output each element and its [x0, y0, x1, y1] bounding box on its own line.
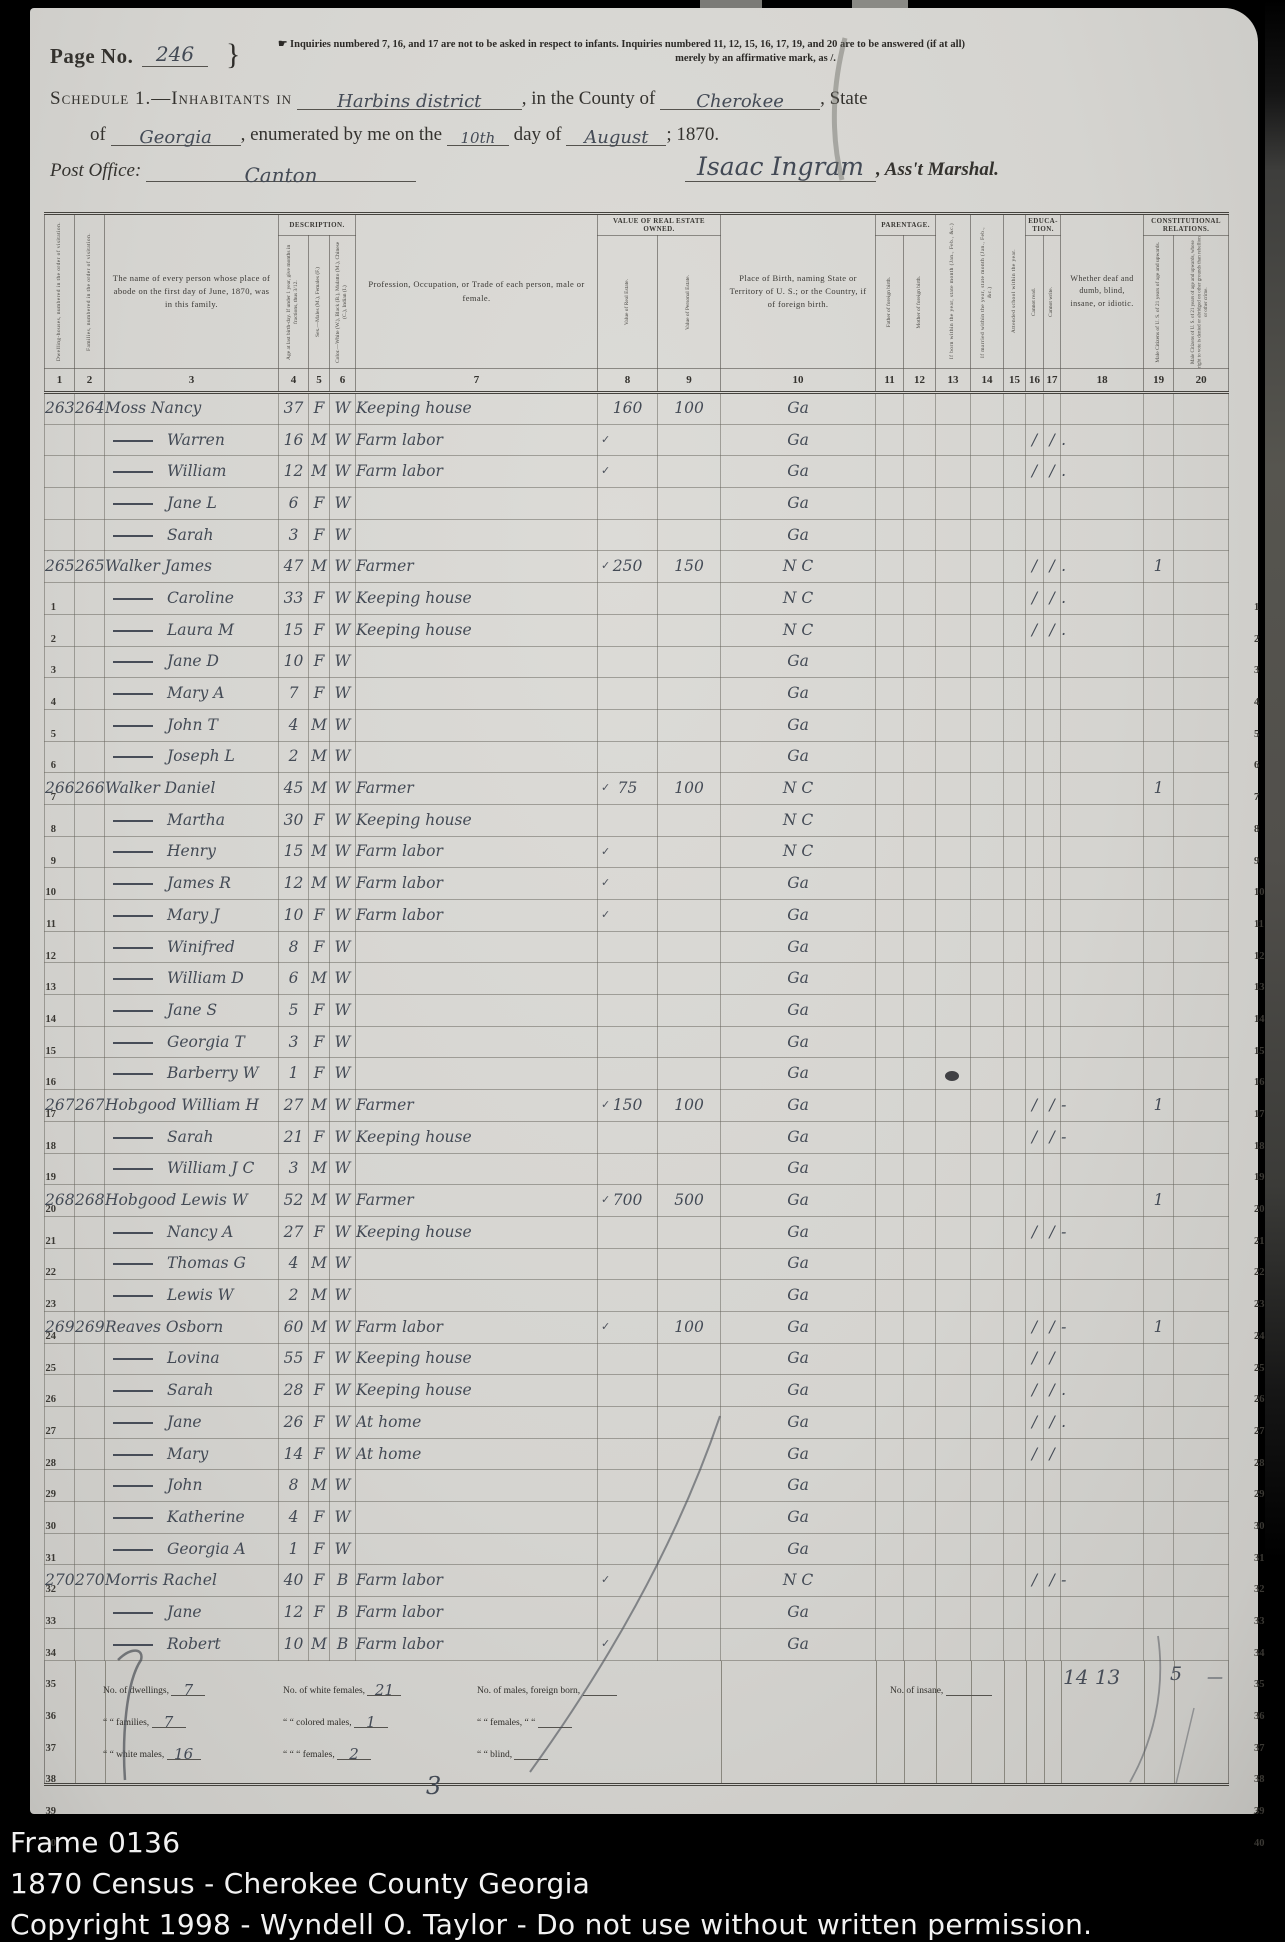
entry: 267 — [75, 1096, 105, 1114]
cell-col20 — [1174, 614, 1229, 646]
cell-col18: . — [1061, 424, 1144, 456]
name-entry: Hobgood William H — [105, 1096, 259, 1114]
entry: B — [337, 1603, 348, 1621]
row-number: 40 — [1254, 1828, 1278, 1860]
cell-col9 — [658, 1502, 721, 1534]
entry: 1 — [1154, 1318, 1164, 1336]
cell-col19 — [1144, 488, 1174, 520]
entry: F — [314, 526, 325, 544]
entry: 265 — [75, 557, 105, 575]
cell-col4: 10 — [279, 1628, 309, 1660]
entry: / — [1049, 431, 1054, 449]
entry: Ga — [787, 969, 809, 987]
cell-col12 — [904, 804, 936, 836]
cell-col17 — [1044, 1185, 1061, 1217]
row-number: 16 — [1254, 1067, 1278, 1099]
cell-col19 — [1144, 1533, 1174, 1565]
cell-col8: ✓ — [598, 456, 658, 488]
summary-cell: No. of dwellings, 7 “ “ families, 7 “ “ … — [45, 1660, 1229, 1784]
cell-col6: W — [330, 1153, 356, 1185]
entry: / — [1032, 1096, 1037, 1114]
cell-col6: W — [330, 1248, 356, 1280]
cell-col19 — [1144, 995, 1174, 1027]
cell-col14 — [971, 1502, 1004, 1534]
entry: W — [335, 431, 351, 449]
cell-col11 — [876, 931, 904, 963]
cell-col9 — [658, 1280, 721, 1312]
cell-col20 — [1174, 741, 1229, 773]
cell-col5: F — [309, 1438, 330, 1470]
cell-col4: 4 — [279, 1248, 309, 1280]
cell-col16 — [1026, 1628, 1044, 1660]
name-entry: Walker Daniel — [105, 779, 215, 797]
cell-col18 — [1061, 678, 1144, 710]
cell-col12 — [904, 1153, 936, 1185]
cell-col13 — [936, 646, 971, 678]
entry: At home — [356, 1445, 421, 1463]
cell-col7 — [356, 931, 598, 963]
cell-col7: Keeping house — [356, 1375, 598, 1407]
cell-col12 — [904, 1343, 936, 1375]
cell-col6: W — [330, 836, 356, 868]
caption-title: 1870 Census - Cherokee County Georgia — [10, 1863, 1092, 1904]
entry: N C — [783, 779, 813, 797]
entry: 1 — [289, 1540, 299, 1558]
cell-col5: F — [309, 1058, 330, 1090]
cell-col12 — [904, 1375, 936, 1407]
cell-col12 — [904, 709, 936, 741]
entry: M — [311, 1635, 327, 1653]
cell-col8 — [598, 614, 658, 646]
cell-col19 — [1144, 931, 1174, 963]
cell-col14 — [971, 678, 1004, 710]
cell-col17 — [1044, 1470, 1061, 1502]
cell-col7 — [356, 741, 598, 773]
cell-col17 — [1044, 1058, 1061, 1090]
entry: N C — [783, 589, 813, 607]
cell-col17: / — [1044, 1565, 1061, 1597]
column-number: 1 — [45, 369, 75, 393]
row-number: 5 — [32, 719, 56, 751]
census-row: Georgia T3FWGa — [45, 1026, 1229, 1058]
entry: 100 — [674, 779, 704, 797]
entry: 47 — [284, 557, 304, 575]
cell-col6: W — [330, 931, 356, 963]
entry: 30 — [284, 811, 304, 829]
cell-col6: W — [330, 519, 356, 551]
cell-col5: F — [309, 1533, 330, 1565]
entry: W — [335, 1191, 351, 1209]
cell-col2 — [75, 424, 105, 456]
cell-col10: Ga — [721, 1375, 876, 1407]
cell-col18: . — [1061, 1375, 1144, 1407]
row-number: 14 — [1254, 1004, 1278, 1036]
cell-col12 — [904, 1216, 936, 1248]
brace-glyph: } — [226, 38, 240, 72]
entry: Ga — [787, 1349, 809, 1367]
cell-col8 — [598, 1121, 658, 1153]
row-number: 13 — [32, 972, 56, 1004]
entry: F — [314, 938, 325, 956]
header-male-citizens-denied: Male Citizens of U. S. of 21 years of ag… — [1174, 236, 1229, 369]
caption-frame: Frame 0136 — [10, 1822, 1092, 1863]
cell-col3: John — [105, 1470, 279, 1502]
name-entry: Katherine — [167, 1508, 245, 1526]
entry: F — [314, 1540, 325, 1558]
group-header-constitutional: CONSTITUTIONAL RELATIONS. — [1144, 214, 1229, 236]
cell-col17 — [1044, 804, 1061, 836]
row-number: 24 — [32, 1321, 56, 1353]
cell-col5: M — [309, 1280, 330, 1312]
column-number: 15 — [1004, 369, 1026, 393]
cell-col17 — [1044, 1153, 1061, 1185]
cell-col4: 12 — [279, 868, 309, 900]
cell-col6: W — [330, 741, 356, 773]
cell-col20 — [1174, 1248, 1229, 1280]
cell-col17 — [1044, 995, 1061, 1027]
cell-col8 — [598, 583, 658, 615]
entry: - — [1061, 1096, 1066, 1114]
entry: Ga — [787, 1191, 809, 1209]
cell-col11 — [876, 963, 904, 995]
cell-col19 — [1144, 836, 1174, 868]
cell-col1 — [45, 488, 75, 520]
cell-col11 — [876, 1185, 904, 1217]
column-number: 11 — [876, 369, 904, 393]
entry: 7 — [289, 684, 299, 702]
column-number: 19 — [1144, 369, 1174, 393]
cell-col11 — [876, 868, 904, 900]
cell-col20 — [1174, 1090, 1229, 1122]
cell-col19: 1 — [1144, 1185, 1174, 1217]
name-entry: Caroline — [167, 589, 234, 607]
cell-col5: M — [309, 1153, 330, 1185]
census-row: Thomas G4MWGa — [45, 1248, 1229, 1280]
cell-col13 — [936, 868, 971, 900]
cell-col11 — [876, 646, 904, 678]
row-number: 37 — [1254, 1733, 1278, 1765]
cell-col2 — [75, 1026, 105, 1058]
cell-col20 — [1174, 1280, 1229, 1312]
cell-col12 — [904, 1628, 936, 1660]
cell-col15 — [1004, 1628, 1026, 1660]
cell-col13 — [936, 804, 971, 836]
cell-col19 — [1144, 1216, 1174, 1248]
cell-col11 — [876, 709, 904, 741]
cell-col6: W — [330, 1375, 356, 1407]
cell-col17 — [1044, 931, 1061, 963]
cell-col10: Ga — [721, 1058, 876, 1090]
row-number: 35 — [32, 1669, 56, 1701]
ditto-dash — [113, 1479, 153, 1487]
cell-col6: W — [330, 583, 356, 615]
cell-col18 — [1061, 1438, 1144, 1470]
cell-col20 — [1174, 1375, 1229, 1407]
cell-col15 — [1004, 1090, 1026, 1122]
cell-col17 — [1044, 900, 1061, 932]
cell-col16 — [1026, 519, 1044, 551]
cell-col16 — [1026, 678, 1044, 710]
cell-col8: ✓ — [598, 424, 658, 456]
cell-col19 — [1144, 1248, 1174, 1280]
day-value: 10th — [460, 129, 495, 147]
census-row: Jane12FBFarm laborGa — [45, 1597, 1229, 1629]
cell-col10: Ga — [721, 1597, 876, 1629]
cell-col5: M — [309, 1628, 330, 1660]
entry: W — [335, 462, 351, 480]
cell-col11 — [876, 519, 904, 551]
cell-col18 — [1061, 1502, 1144, 1534]
cell-col15 — [1004, 519, 1026, 551]
entry: Ga — [787, 747, 809, 765]
cell-col3: Barberry W — [105, 1058, 279, 1090]
ditto-dash — [113, 1638, 153, 1646]
entry: / — [1032, 589, 1037, 607]
entry: F — [314, 1445, 325, 1463]
cell-col11 — [876, 424, 904, 456]
row-number: 9 — [32, 846, 56, 878]
cell-col6: W — [330, 995, 356, 1027]
entry: M — [311, 716, 327, 734]
entry: M — [311, 969, 327, 987]
header-age: Age at last birth-day. If under 1 year, … — [279, 236, 309, 369]
cell-col14 — [971, 614, 1004, 646]
ditto-dash — [113, 1352, 153, 1360]
inquiries-note-line1: Inquiries numbered 7, 16, and 17 are not… — [290, 39, 965, 50]
entry: W — [335, 1286, 351, 1304]
row-number: 15 — [32, 1036, 56, 1068]
entry: W — [335, 1254, 351, 1272]
row-number: 7 — [1254, 782, 1278, 814]
cell-col7: Keeping house — [356, 393, 598, 425]
entry: F — [314, 1223, 325, 1241]
cell-col19 — [1144, 1597, 1174, 1629]
entry: F — [314, 494, 325, 512]
cell-col17 — [1044, 1628, 1061, 1660]
ditto-dash — [113, 465, 153, 473]
cell-col12 — [904, 1565, 936, 1597]
entry: 2 — [289, 747, 299, 765]
cell-col9 — [658, 709, 721, 741]
cell-col17 — [1044, 1502, 1061, 1534]
entry: F — [314, 399, 325, 417]
cell-col10: Ga — [721, 1343, 876, 1375]
entry: 1 — [1154, 779, 1164, 797]
cell-col13 — [936, 456, 971, 488]
row-number: 39 — [1254, 1796, 1278, 1828]
cell-col19 — [1144, 1502, 1174, 1534]
census-row: 267267Hobgood William H27MWFarmer✓150100… — [45, 1090, 1229, 1122]
cell-col15 — [1004, 551, 1026, 583]
cell-col4: 6 — [279, 488, 309, 520]
cell-col10: Ga — [721, 488, 876, 520]
ditto-dash — [113, 1511, 153, 1519]
cell-col18 — [1061, 1597, 1144, 1629]
entry: N C — [783, 811, 813, 829]
cell-col2: 264 — [75, 393, 105, 425]
cell-col5: M — [309, 836, 330, 868]
cell-col20 — [1174, 709, 1229, 741]
cell-col18 — [1061, 741, 1144, 773]
cell-col20 — [1174, 1121, 1229, 1153]
check-mark: ✓ — [601, 845, 610, 858]
census-row: Warren16MWFarm labor✓Ga//. — [45, 424, 1229, 456]
cell-col8: ✓700 — [598, 1185, 658, 1217]
entry: Ga — [787, 1540, 809, 1558]
cell-col14 — [971, 519, 1004, 551]
cell-col17: / — [1044, 1311, 1061, 1343]
post-office-label: Post Office: — [50, 160, 141, 181]
cell-col17 — [1044, 1533, 1061, 1565]
entry: Ga — [787, 1381, 809, 1399]
name-entry: James R — [167, 874, 231, 892]
entry: 100 — [674, 1096, 704, 1114]
row-number: 9 — [1254, 846, 1278, 878]
cell-col7 — [356, 1502, 598, 1534]
entry: Ga — [787, 1445, 809, 1463]
name-entry: Morris Rachel — [105, 1571, 217, 1589]
cell-col18 — [1061, 488, 1144, 520]
census-row: William12MWFarm labor✓Ga//. — [45, 456, 1229, 488]
cell-col10: N C — [721, 804, 876, 836]
check-mark: ✓ — [601, 464, 610, 477]
cell-col20 — [1174, 931, 1229, 963]
row-number: 27 — [32, 1416, 56, 1448]
entry: W — [335, 716, 351, 734]
name-entry: John — [167, 1476, 203, 1494]
cell-col7 — [356, 963, 598, 995]
cell-col3: Jane S — [105, 995, 279, 1027]
census-row: Sarah28FWKeeping houseGa//. — [45, 1375, 1229, 1407]
row-number: 38 — [1254, 1764, 1278, 1796]
cell-col12 — [904, 1502, 936, 1534]
cell-col12 — [904, 963, 936, 995]
cell-col4: 60 — [279, 1311, 309, 1343]
cell-col18: - — [1061, 1121, 1144, 1153]
summary-col20-mark: — — [1207, 1667, 1223, 1686]
cell-col15 — [1004, 741, 1026, 773]
entry: Ga — [787, 1254, 809, 1272]
entry: F — [314, 684, 325, 702]
cell-col20 — [1174, 1185, 1229, 1217]
cell-col9 — [658, 583, 721, 615]
cell-col13 — [936, 836, 971, 868]
cell-col5: F — [309, 646, 330, 678]
cell-col13 — [936, 1185, 971, 1217]
cell-col2: 268 — [75, 1185, 105, 1217]
cell-col9 — [658, 424, 721, 456]
cell-col11 — [876, 1375, 904, 1407]
value-entry: 150 — [613, 1096, 643, 1114]
entry: / — [1049, 1349, 1054, 1367]
cell-col16: / — [1026, 1343, 1044, 1375]
entry: 3 — [289, 1033, 299, 1051]
cell-col3: John T — [105, 709, 279, 741]
cell-col18: . — [1061, 1407, 1144, 1439]
entry: Ga — [787, 1159, 809, 1177]
row-number: 20 — [1254, 1194, 1278, 1226]
cell-col11 — [876, 1216, 904, 1248]
name-entry: Thomas G — [167, 1254, 246, 1272]
cell-col2: 266 — [75, 773, 105, 805]
cell-col16 — [1026, 931, 1044, 963]
cell-col19 — [1144, 804, 1174, 836]
row-number: 34 — [1254, 1638, 1278, 1670]
cell-col8 — [598, 963, 658, 995]
cell-col10: Ga — [721, 1628, 876, 1660]
cell-col16: / — [1026, 1375, 1044, 1407]
cell-col6: W — [330, 804, 356, 836]
cell-col13 — [936, 1628, 971, 1660]
cell-col5: F — [309, 614, 330, 646]
cell-col12 — [904, 1185, 936, 1217]
cell-col20 — [1174, 646, 1229, 678]
entry: W — [335, 1064, 351, 1082]
cell-col6: W — [330, 1121, 356, 1153]
cell-col11 — [876, 1533, 904, 1565]
cell-col7: Farm labor — [356, 1565, 598, 1597]
entry: F — [314, 1033, 325, 1051]
cell-col13 — [936, 1248, 971, 1280]
cell-col11 — [876, 1121, 904, 1153]
cell-col4: 40 — [279, 1565, 309, 1597]
cell-col13 — [936, 995, 971, 1027]
cell-col19 — [1144, 900, 1174, 932]
cell-col2 — [75, 1375, 105, 1407]
summary-colored-females-value: 2 — [349, 1745, 359, 1763]
cell-col5: F — [309, 1597, 330, 1629]
header-male-citizens: Male Citizens of U. S. of 21 years of ag… — [1144, 236, 1174, 369]
entry: 100 — [674, 1318, 704, 1336]
cell-col16 — [1026, 836, 1044, 868]
cell-col16 — [1026, 1248, 1044, 1280]
cell-col11 — [876, 804, 904, 836]
cell-col15 — [1004, 1185, 1026, 1217]
cell-col11 — [876, 488, 904, 520]
cell-col9 — [658, 1597, 721, 1629]
row-number: 30 — [1254, 1511, 1278, 1543]
cell-col15 — [1004, 931, 1026, 963]
row-number: 6 — [32, 750, 56, 782]
cell-col15 — [1004, 1026, 1026, 1058]
cell-col20 — [1174, 519, 1229, 551]
entry: 40 — [284, 1571, 304, 1589]
entry: 263 — [45, 399, 75, 417]
cell-col3: William — [105, 456, 279, 488]
cell-col10: Ga — [721, 868, 876, 900]
cell-col18: . — [1061, 614, 1144, 646]
cell-col5: M — [309, 1185, 330, 1217]
entry: W — [335, 557, 351, 575]
schedule-label: Schedule 1.—Inhabitants in — [50, 88, 292, 109]
cell-col13 — [936, 931, 971, 963]
entry: 1 — [1154, 1096, 1164, 1114]
entry: W — [335, 1096, 351, 1114]
cell-col11 — [876, 1248, 904, 1280]
cell-col13 — [936, 1438, 971, 1470]
entry: Farmer — [356, 1191, 414, 1209]
entry: W — [335, 747, 351, 765]
summary-group-4: No. of insane, — [890, 1681, 992, 1713]
cell-col3: Henry — [105, 836, 279, 868]
cell-col5: M — [309, 551, 330, 583]
name-entry: Sarah — [167, 526, 214, 544]
cell-col3: Jane D — [105, 646, 279, 678]
caption-copyright: Copyright 1998 - Wyndell O. Taylor - Do … — [10, 1904, 1092, 1942]
row-number: 12 — [1254, 941, 1278, 973]
cell-col12 — [904, 1597, 936, 1629]
cell-col7 — [356, 488, 598, 520]
